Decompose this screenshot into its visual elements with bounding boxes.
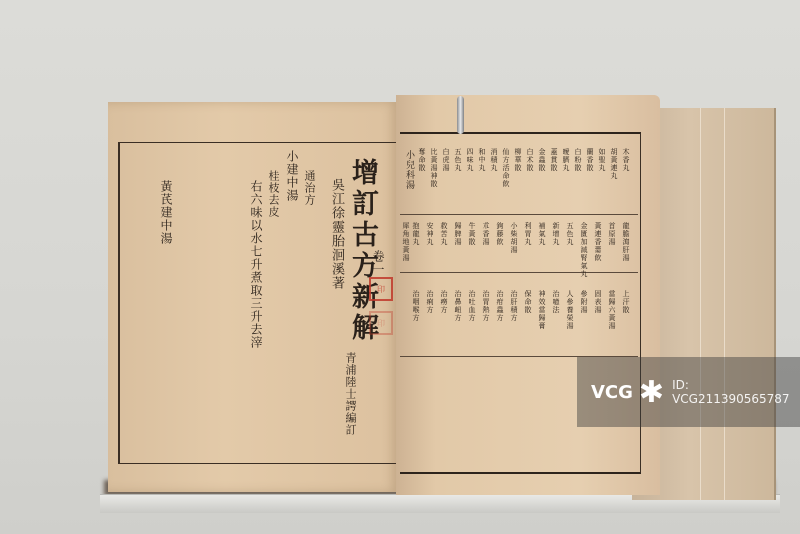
recipe-item: 保命散 xyxy=(524,290,531,314)
recipe-item: 治胃熱方 xyxy=(482,290,489,322)
recipe-item: 柳華散 xyxy=(514,148,521,172)
recipe-item: 治肝積方 xyxy=(510,290,517,322)
vcg-burst-icon: ✱ xyxy=(639,375,664,410)
vcg-logo: VCG xyxy=(591,382,633,403)
recipe-item: 新增丸 xyxy=(552,222,559,246)
recipe-item: 白虎湯 xyxy=(442,148,449,172)
recipe-item: 比黃湯神散 xyxy=(430,148,437,188)
recipe-item: 金蟲散 xyxy=(538,148,545,172)
recipe-item: 治痢方 xyxy=(426,290,433,314)
recipe-item: 治吐血方 xyxy=(468,290,475,322)
author-line: 吳江徐靈胎洄溪著 xyxy=(330,178,343,290)
recipe-item: 固表湯 xyxy=(594,290,601,314)
vcg-watermark: VCG ✱ ID: VCG211390565787 xyxy=(577,357,800,427)
recipe-item: 犀角地黃湯 xyxy=(402,222,409,262)
left-col-2: 小建中湯 xyxy=(286,150,298,202)
recipe-item: 朮香湯 xyxy=(482,222,489,246)
binding-thread xyxy=(700,108,701,500)
recipe-item: 白术散 xyxy=(526,148,533,172)
recipe-item: 消積丸 xyxy=(490,148,497,172)
recipe-item: 蓋貫散 xyxy=(550,148,557,172)
left-col-5: 黃芪建中湯 xyxy=(160,180,172,245)
recipe-item: 白粉散 xyxy=(574,148,581,172)
watermark-id: ID: VCG211390565787 xyxy=(672,378,800,406)
metal-page-clip xyxy=(457,96,464,134)
recipe-item: 蘭香散 xyxy=(586,148,593,172)
recipe-item: 奪命散 xyxy=(418,148,425,172)
recipe-item: 四味丸 xyxy=(466,148,473,172)
recipe-item: 歸脾湯 xyxy=(454,222,461,246)
editor-line: 青浦陸士諤編訂 xyxy=(345,352,356,436)
recipe-item: 利胃丸 xyxy=(524,222,531,246)
photo-scene: 增訂古方新解 卷一 吳江徐靈胎洄溪著 青浦陸士諤編訂 通治方 小建中湯 桂枝去皮… xyxy=(0,0,800,534)
recipe-item: 和中丸 xyxy=(478,148,485,172)
recipe-item: 治鼻衄方 xyxy=(454,290,461,322)
recipe-item: 黃連香薷飲 xyxy=(594,222,601,262)
left-col-4: 右六味以水七升煮取三升去滓 xyxy=(250,180,262,349)
recipe-item: 木香丸 xyxy=(622,148,629,172)
recipe-item: 曖臍丸 xyxy=(562,148,569,172)
recipe-item: 胡黃連丸 xyxy=(610,148,617,180)
ruled-line-2 xyxy=(400,272,638,274)
red-seal: 印 xyxy=(369,277,393,301)
section-label: 小兒科湯 xyxy=(404,150,413,190)
recipe-item: 安神丸 xyxy=(426,222,433,246)
recipe-item: 金匱加減腎氣丸 xyxy=(580,222,587,278)
recipe-item: 治疳蟲方 xyxy=(496,290,503,322)
recipe-item: 救苦丸 xyxy=(440,222,447,246)
recipe-item: 治噫法 xyxy=(552,290,559,314)
recipe-item: 上汗散 xyxy=(622,290,629,314)
recipe-item: 抱龍丸 xyxy=(412,222,419,246)
left-col-1: 通治方 xyxy=(304,170,315,206)
recipe-item: 首原湯 xyxy=(608,222,615,246)
faint-seal: 印 xyxy=(369,311,393,335)
recipe-item: 如聖丸 xyxy=(598,148,605,172)
recipe-item: 治癆方 xyxy=(440,290,447,314)
recipe-item: 龍膽瀉肝湯 xyxy=(622,222,629,262)
recipe-item: 治咽喉方 xyxy=(412,290,419,322)
recipe-item: 人參養榮湯 xyxy=(566,290,573,330)
recipe-item: 參附湯 xyxy=(580,290,587,314)
left-col-3: 桂枝去皮 xyxy=(268,170,279,218)
recipe-item: 五色丸 xyxy=(566,222,573,246)
volume-label: 卷一 xyxy=(372,250,384,276)
ruled-line-1 xyxy=(400,214,638,216)
recipe-item: 五色丸 xyxy=(454,148,461,172)
recipe-item: 當歸六黃湯 xyxy=(608,290,615,330)
recipe-item: 牛黃散 xyxy=(468,222,475,246)
binding-thread xyxy=(724,108,725,500)
recipe-item: 神效當歸膏 xyxy=(538,290,545,330)
recipe-item: 小柴胡湯 xyxy=(510,222,517,254)
recipe-item: 補氣丸 xyxy=(538,222,545,246)
recipe-item: 仙方活命飲 xyxy=(502,148,509,188)
recipe-item: 鉤藤飲 xyxy=(496,222,503,246)
